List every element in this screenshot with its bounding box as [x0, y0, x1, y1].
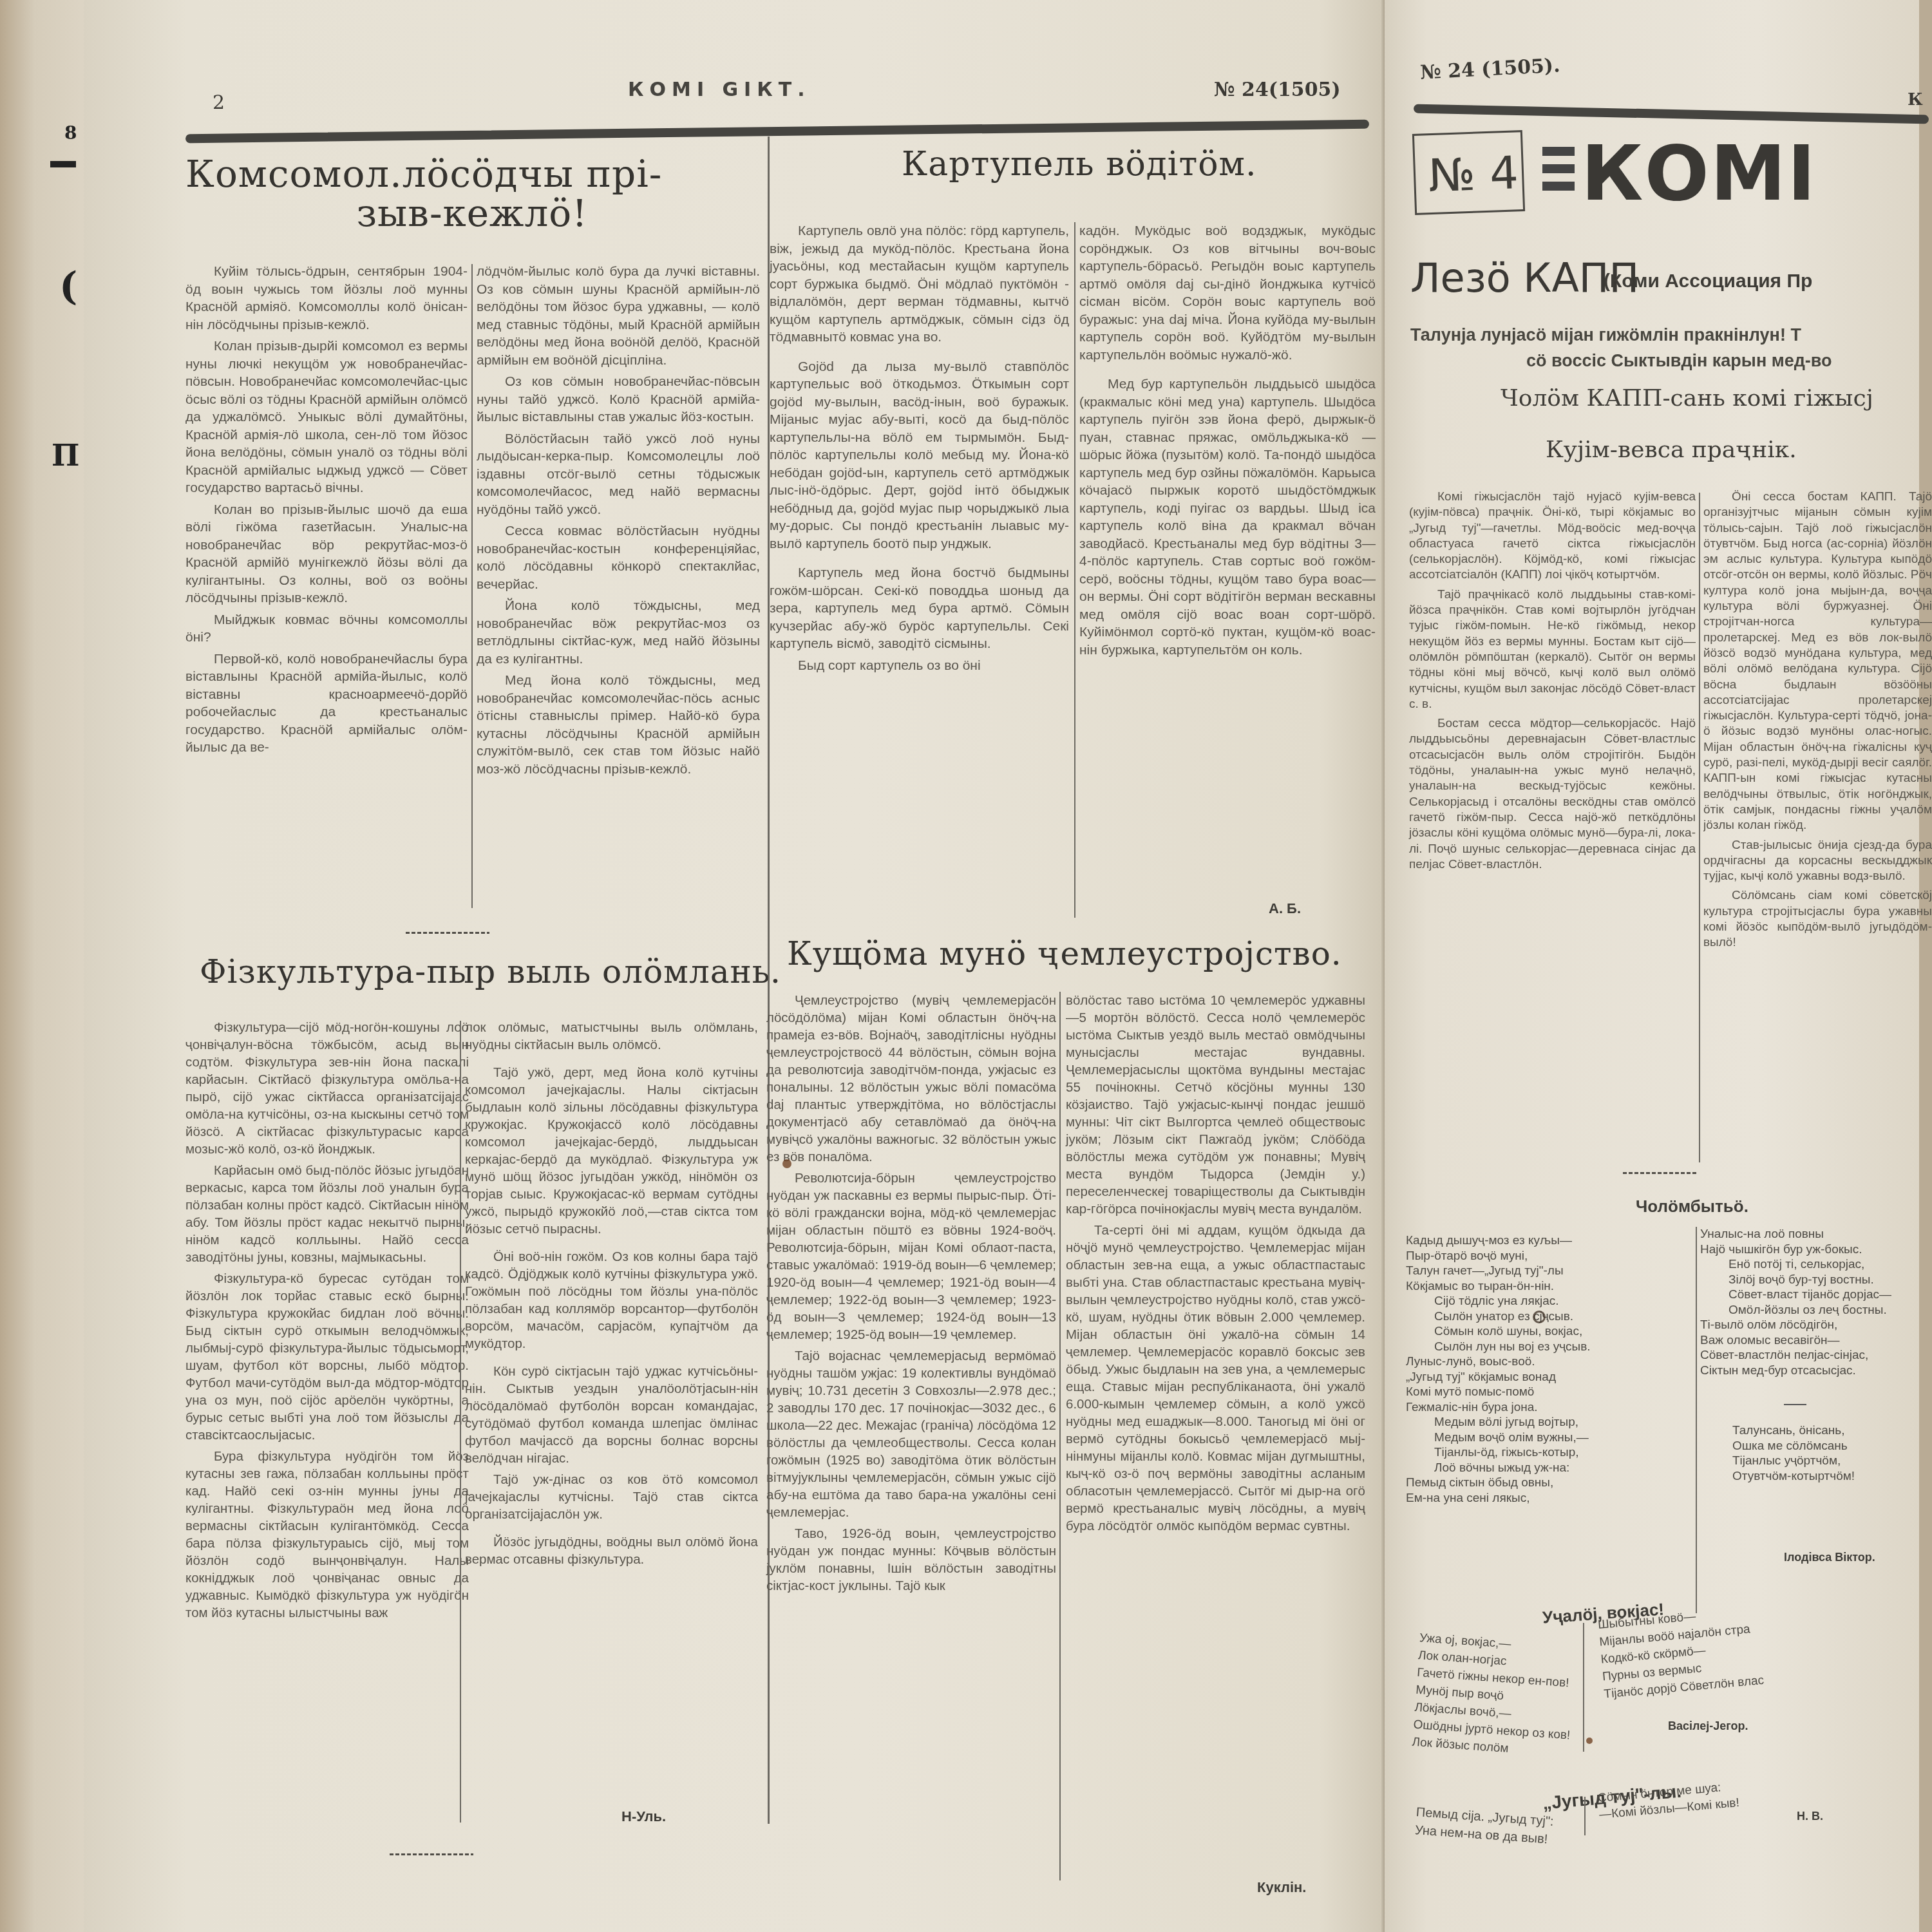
edge-mark-rule: [50, 161, 76, 167]
poem2-column-2: Шыбытны ковӧ—Міјанлы воӧӧ најалӧн страКо…: [1597, 1602, 1765, 1703]
poem-line: Сылӧн унатор ез сјҷсыв.: [1406, 1309, 1591, 1325]
kartupel-column-2: кадӧн. Мукӧдыс воӧ водзджык, мукӧдыс сор…: [1079, 222, 1376, 659]
poem-line: Сӧвет-властлӧн пелјас-сінјас,: [1700, 1348, 1891, 1363]
supplement-number: № 4: [1428, 146, 1519, 202]
paper-stain: [1586, 1738, 1593, 1744]
kartupel-column-1: Картупель овлӧ уна пӧлӧс: гӧрд картупель…: [770, 222, 1069, 674]
column-divider: [1074, 222, 1075, 918]
section-title: Куjім-вевса праҷнік.: [1546, 437, 1797, 463]
column-divider: [1696, 1227, 1697, 1613]
poem-line: Сылӧн лун ны вој ез уҷсыв.: [1406, 1340, 1591, 1355]
slogan-line-1: Талунја лунјасӧ міјан гижӧмлін пракнінлу…: [1410, 325, 1932, 345]
poem-line: Талунсань, ӧнісань,: [1732, 1423, 1855, 1439]
poem-line: Сіктын мед-бур отсасысјас.: [1700, 1363, 1891, 1379]
corner-letter: К: [1908, 90, 1923, 109]
kartupel-signature: А. Б.: [1269, 900, 1301, 917]
poem-line: Отувтчӧм-котыртчӧм!: [1732, 1469, 1855, 1484]
issue-number-left: № 24(1505): [1214, 79, 1341, 101]
fizkultura-column-2: лок олӧмыс, матыстчыны выль олӧмлань, ну…: [465, 1019, 758, 1568]
poem-line: Медым воҷӧ олім вужны,—: [1406, 1430, 1591, 1446]
fizkultura-signature: Н-Уль.: [621, 1808, 666, 1825]
paragraph: Комі гіжысјаслӧн тајӧ нуjасӧ куjім-вевса…: [1409, 489, 1696, 583]
poem-line: Медым вӧлі југыд војтыр,: [1406, 1415, 1591, 1430]
paper-stain: [782, 1159, 791, 1168]
paragraph: Карйасын омӧ быд-пӧлӧс йӧзыс југыдӧан ве…: [185, 1162, 469, 1266]
paragraph: Та-серті ӧні мі аддам, кущӧм ӧдкыда да н…: [1066, 1222, 1365, 1535]
paragraph: Став-јылысыс ӧнија сјезд-да бура ордчіга…: [1703, 838, 1932, 885]
column-divider: [1584, 1797, 1586, 1835]
poem-divider: [1784, 1404, 1806, 1405]
column-divider: [1699, 493, 1700, 1162]
paragraph: лӧдчӧм-йылыс колӧ бура да лучкі віставны…: [477, 263, 760, 369]
paragraph: Gojӧd да лыза му-вылӧ ставпӧлӧс картупел…: [770, 358, 1069, 553]
paragraph: Фізкультура-кӧ буресас сутӧдан том йӧзлӧ…: [185, 1270, 469, 1444]
zemleustroistvo-column-2: вӧлӧстас таво ыстӧма 10 ҷемлемерӧс уджав…: [1066, 992, 1365, 1535]
paragraph: Бура фізкультура нуӧдігӧн том йӧз кутасн…: [185, 1448, 469, 1622]
paragraph: Колан прізыв-дырйі комсомол ез вермы нун…: [185, 337, 468, 497]
poem-line: Сӧвет-власт тіјанӧс дорјас—: [1700, 1287, 1891, 1303]
paragraph: Фізкультура—сіјӧ мӧд-ногӧн-кошуны лоӧ ҷо…: [185, 1019, 469, 1158]
poem-coda: Талунсань, ӧнісань,Ошка ме сӧлӧмсаньТіја…: [1732, 1423, 1855, 1484]
kartupel-headline: Картупель вӧдітӧм.: [902, 147, 1256, 182]
poem-line: Кӧкјамыс во тыран-ӧн-нін.: [1406, 1279, 1591, 1294]
paragraph: Колан во прізыв-йылыс шочӧ да еша вӧлі г…: [185, 501, 468, 607]
poem-line: Зілӧј воҷӧ бур-туј востны.: [1700, 1273, 1891, 1288]
poem-line: Важ оломыс весавігӧн—: [1700, 1333, 1891, 1349]
poem-line: „Југыд туј" кӧкјамыс вонад: [1406, 1370, 1591, 1385]
fizkultura-headline: Фізкультура-пыр выль олӧмлань.: [200, 955, 781, 989]
paragraph: Тајӧ војаснас ҷемлемерјасыд вермӧмаӧ нуӧ…: [766, 1347, 1056, 1521]
zemleustroistvo-headline: Кущӧма мунӧ ҷемлеустројство.: [787, 937, 1342, 971]
paragraph: Картупель овлӧ уна пӧлӧс: гӧрд картупель…: [770, 222, 1069, 346]
paragraph: Тајӧ уж-дінас оз ков ӧтӧ комсомол јачејк…: [465, 1471, 758, 1523]
paragraph: Вӧлӧстйасын тайӧ ужсӧ лоӧ нуны лыдӧысан-…: [477, 430, 760, 519]
paragraph: вӧлӧстас таво ыстӧма 10 ҷемлемерӧс уджав…: [1066, 992, 1365, 1218]
paragraph: кадӧн. Мукӧдыс воӧ водзджык, мукӧдыс сор…: [1079, 222, 1376, 364]
paragraph: Ҷемлеустројство (мувіҷ ҷемлемерјасӧн лӧс…: [766, 992, 1056, 1166]
poem-line: Пыр-ӧтарӧ воҷӧ муні,: [1406, 1249, 1591, 1264]
poem2-column-1: Ужа ој, вокјас,—Лок олан-ногјасГачетӧ гі…: [1412, 1629, 1577, 1762]
paragraph: Кӧн сурӧ сіктјасын тајӧ уджас кутчісьӧны…: [465, 1363, 758, 1467]
poem-line: Кадыд дышуҷ-моз ез куљы—: [1406, 1233, 1591, 1249]
paragraph: Таво, 1926-ӧд воын, ҷемлеустројство нуӧд…: [766, 1525, 1056, 1595]
supplement-column-1: Комі гіжысјаслӧн тајӧ нуjасӧ куjім-вевса…: [1409, 489, 1696, 873]
poem-line: Ем-на уна сені лякыс,: [1406, 1491, 1591, 1506]
supplement-column-2: Ӧні сесса бостам КАПП. Тајӧ організујтчы…: [1703, 489, 1932, 1166]
paragraph: Бостам сесса мӧдтор—селькорјасӧс. Најӧ л…: [1409, 716, 1696, 873]
paragraph: лок олӧмыс, матыстчыны выль олӧмлань, ну…: [465, 1019, 758, 1054]
poem-signature: Ілодівса Віктор.: [1784, 1551, 1875, 1564]
title-bar-icon: [1542, 147, 1575, 156]
poem-line: Најӧ чышкігӧн бур уж-бокыс.: [1700, 1242, 1891, 1258]
poem-line: Тіјанлы-ӧд, гіжысь-котыр,: [1406, 1445, 1591, 1461]
edge-mark-letter: П: [52, 438, 79, 473]
poem-line: Луныс-лунӧ, воыс-воӧ.: [1406, 1354, 1591, 1370]
paragraph: Ӧні сесса бостам КАПП. Тајӧ організујтчы…: [1703, 489, 1932, 834]
section-ornament: [1623, 1172, 1697, 1174]
fizkultura-column-1: Фізкультура—сіјӧ мӧд-ногӧн-кошуны лоӧ ҷо…: [185, 1019, 469, 1622]
running-title: КОМІ GІКТ.: [628, 79, 811, 101]
poem-line: Уналыс-на лоӧ повны: [1700, 1227, 1891, 1242]
poem-line: Талун гачет—„Југыд туј"-лы: [1406, 1264, 1591, 1279]
edge-mark-paren: (: [59, 264, 77, 309]
paragraph: Йӧзӧс југыдӧдны, воӧдны выл олӧмӧ йона в…: [465, 1533, 758, 1568]
headline-line: Комсомол.лӧсӧдчы прі-: [185, 155, 759, 194]
headline-line: зыв-кежлӧ!: [185, 194, 759, 233]
komsomol-column-2: лӧдчӧм-йылыс колӧ бура да лучкі віставны…: [477, 263, 760, 778]
poem-line: Енӧ потӧј ті, селькорјас,: [1700, 1257, 1891, 1273]
supplement-subtitle-small: (Коми Ассоциация Пр: [1604, 270, 1932, 292]
paragraph: Йона колӧ тӧждысны, мед новобранечйас вӧ…: [477, 597, 760, 668]
edge-mark-number: 8: [64, 122, 77, 144]
section-ornament: [390, 1853, 473, 1855]
column-divider: [460, 1021, 461, 1823]
poem-column-1: Кадыд дышуҷ-моз ез куљы—Пыр-ӧтарӧ воҷӧ м…: [1406, 1233, 1591, 1506]
poem-column-2: Уналыс-на лоӧ повныНајӧ чышкігӧн бур уж-…: [1700, 1227, 1891, 1378]
slogan-line-2: сӧ воссіс Сыктывдін карын мед-во: [1526, 351, 1932, 371]
poem-line: Лоӧ вӧчны ыжыд уж-на:: [1406, 1461, 1591, 1476]
paragraph: Картупель мед йона бостчӧ быдмыны гожӧм-…: [770, 564, 1069, 653]
paragraph: Оз ков сӧмын новобранечйас-пӧвсын нуны т…: [477, 373, 760, 426]
paragraph: Револютсија-бӧрын ҷемлеустројство нуӧдан…: [766, 1170, 1056, 1343]
poem-line: Ошка ме сӧлӧмсань: [1732, 1439, 1855, 1454]
column-divider: [1583, 1623, 1584, 1752]
poem-line: Комі мутӧ помыс-помӧ: [1406, 1385, 1591, 1400]
paragraph: Быд сорт картупель оз во ӧні: [770, 657, 1069, 675]
paragraph: Сесса ковмас вӧлӧстйасын нуӧдны новобран…: [477, 522, 760, 593]
supplement-number-box: № 4: [1412, 130, 1525, 215]
paragraph: Ӧні воӧ-нін гожӧм. Оз ков колны бара тај…: [465, 1248, 758, 1352]
komsomol-column-1: Куйім тӧлысь-ӧдрын, сентябрын 1904-ӧд во…: [185, 263, 468, 757]
paragraph: Мед бур картупельӧн лыддьысӧ шыдӧса (кра…: [1079, 375, 1376, 659]
previous-page-edge: 8 ( П: [0, 0, 87, 1932]
page-number: 2: [213, 91, 225, 114]
paragraph: Мед йона колӧ тӧждысны, мед новобранечйа…: [477, 672, 760, 778]
zemleustroistvo-column-1: Ҷемлеустројство (мувіҷ ҷемлемерјасӧн лӧс…: [766, 992, 1056, 1595]
poem2-signature: Васілеј-Јегор.: [1668, 1719, 1748, 1733]
poem-line: Ті-вылӧ олӧм лӧсӧдігӧн,: [1700, 1318, 1891, 1333]
paragraph: Куйім тӧлысь-ӧдрын, сентябрын 1904-ӧд во…: [185, 263, 468, 334]
poem-line: Тіјанлыс уҷӧртчӧм,: [1732, 1454, 1855, 1469]
column-divider: [1059, 992, 1061, 1880]
paragraph: Тајӧ ужӧ, дерт, мед йона колӧ кутчіны ко…: [465, 1064, 758, 1238]
paragraph: Тајӧ праҷнікасӧ колӧ лыддьыны став-комі-…: [1409, 587, 1696, 712]
zemleustroistvo-signature: Куклін.: [1257, 1879, 1306, 1896]
column-divider: [471, 264, 473, 908]
paper-stain: [1533, 1311, 1546, 1323]
edge-text-column: [50, 592, 59, 1005]
paragraph: Сӧлӧмсань сіам комі сӧветскӧј культура с…: [1703, 888, 1932, 951]
poem-line: Омӧл-йӧзлы оз леҷ бостны.: [1700, 1303, 1891, 1318]
paragraph: Первой-кӧ, колӧ новобранечйаслы бура віс…: [185, 650, 468, 757]
poem-line: Гежмаліс-нін бура јона.: [1406, 1400, 1591, 1416]
supplement-title: КОМІ: [1581, 129, 1817, 218]
title-bar-icon: [1542, 182, 1575, 191]
section-ornament: [406, 932, 489, 934]
title-bar-icon: [1542, 164, 1575, 173]
poem-title: Чолӧмбытьӧ.: [1636, 1197, 1748, 1217]
greeting-line: Чолӧм КАПП-сань комі гіжысј: [1501, 385, 1932, 412]
poem-line: Пемыд сіктын ӧбыд овны,: [1406, 1475, 1591, 1491]
poem-line: Сӧмын колӧ шуны, вокјас,: [1406, 1324, 1591, 1340]
poem3-signature: Н. В.: [1797, 1810, 1823, 1823]
komsomol-headline: Комсомол.лӧсӧдчы прі- зыв-кежлӧ!: [185, 155, 759, 233]
paragraph: Мыйджык ковмас вӧчны комсомоллы ӧні?: [185, 611, 468, 647]
poem-line: Сіјӧ тӧдліс уна лякјас.: [1406, 1294, 1591, 1309]
